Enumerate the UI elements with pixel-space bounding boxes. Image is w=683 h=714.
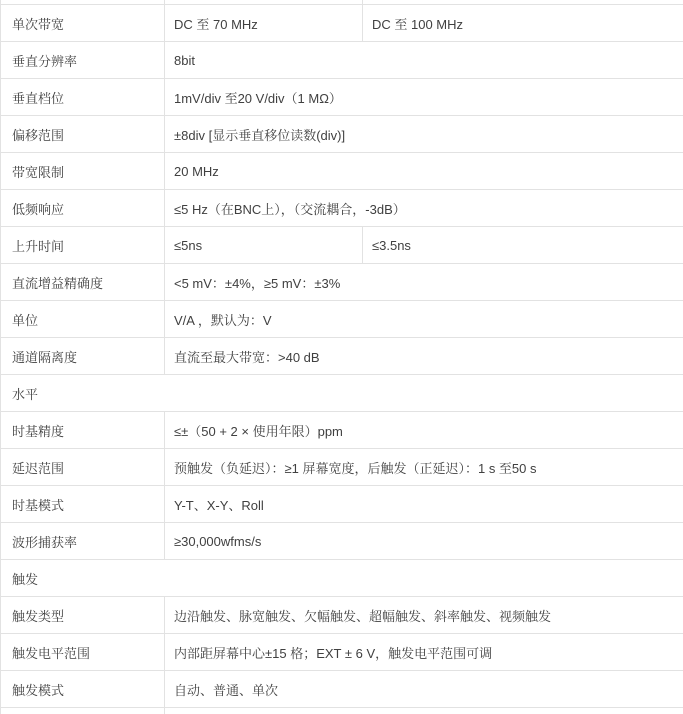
spec-label: 单位 [0, 301, 165, 337]
spec-label: 单次带宽 [0, 5, 165, 41]
spec-label: 带宽限制 [0, 153, 165, 189]
table-row: 波形捕获率 ≥30,000wfms/s [0, 523, 683, 560]
spec-label: 触发模式 [0, 671, 165, 707]
table-row: 触发模式 自动、普通、单次 [0, 671, 683, 708]
spec-label: 延迟范围 [0, 449, 165, 485]
table-row: 延迟范围 预触发（负延迟）：≥1 屏幕宽度，后触发（正延迟）：1 s 至50 s [0, 449, 683, 486]
spec-value: 1mV/div 至20 V/div（1 MΩ） [165, 79, 683, 115]
spec-value-col2 [363, 0, 683, 4]
spec-value-col1: ≤5ns [165, 227, 363, 263]
spec-value: 内部距屏幕中心±15 格；EXT ± 6 V，触发电平范围可调 [165, 634, 683, 670]
spec-value: 直流至最大带宽：>40 dB [165, 338, 683, 374]
section-header: 触发 [0, 560, 683, 596]
spec-label: 直流增益精确度 [0, 264, 165, 300]
spec-label: 上升时间 [0, 227, 165, 263]
spec-value: <5 mV：±4%，≥5 mV：±3% [165, 264, 683, 300]
table-row: 低频响应 ≤5 Hz（在BNC上），（交流耦合，-3dB） [0, 190, 683, 227]
spec-value-col1: DC 至 70 MHz [165, 5, 363, 41]
table-row: 触发类型 边沿触发、脉宽触发、欠幅触发、超幅触发、斜率触发、视频触发 [0, 597, 683, 634]
spec-value: 8bit [165, 42, 683, 78]
section-header: 水平 [0, 375, 683, 411]
spec-label: 垂直档位 [0, 79, 165, 115]
table-row: 直流增益精确度 <5 mV：±4%，≥5 mV：±3% [0, 264, 683, 301]
table-section-row: 触发 [0, 560, 683, 597]
table-row: 偏移范围 ±8div [显示垂直移位读数(div)] [0, 116, 683, 153]
table-row: 通道隔离度 直流至最大带宽：>40 dB [0, 338, 683, 375]
spec-label [0, 708, 165, 714]
spec-value: V/A ，默认为：V [165, 301, 683, 337]
spec-value-col1 [165, 0, 363, 4]
oscilloscope-spec-table: 单次带宽 DC 至 70 MHz DC 至 100 MHz 垂直分辨率 8bit… [0, 0, 683, 714]
spec-label: 波形捕获率 [0, 523, 165, 559]
spec-value: 边沿触发、脉宽触发、欠幅触发、超幅触发、斜率触发、视频触发 [165, 597, 683, 633]
spec-value: Y-T、X-Y、Roll [165, 486, 683, 522]
spec-value: 预触发（负延迟）：≥1 屏幕宽度，后触发（正延迟）：1 s 至50 s [165, 449, 683, 485]
spec-label: 低频响应 [0, 190, 165, 226]
table-row: 上升时间 ≤5ns ≤3.5ns [0, 227, 683, 264]
table-section-row: 水平 [0, 375, 683, 412]
spec-label: 垂直分辨率 [0, 42, 165, 78]
table-row: 时基精度 ≤±（50 + 2 × 使用年限）ppm [0, 412, 683, 449]
spec-label: 时基模式 [0, 486, 165, 522]
table-row: 单次带宽 DC 至 70 MHz DC 至 100 MHz [0, 5, 683, 42]
table-row-partial-bottom [0, 708, 683, 714]
spec-label: 触发类型 [0, 597, 165, 633]
table-row: 时基模式 Y-T、X-Y、Roll [0, 486, 683, 523]
spec-value: ≤5 Hz（在BNC上），（交流耦合，-3dB） [165, 190, 683, 226]
table-row: 单位 V/A ，默认为：V [0, 301, 683, 338]
table-row: 带宽限制 20 MHz [0, 153, 683, 190]
spec-value [165, 708, 683, 714]
spec-value: 自动、普通、单次 [165, 671, 683, 707]
table-row: 垂直分辨率 8bit [0, 42, 683, 79]
spec-value: ±8div [显示垂直移位读数(div)] [165, 116, 683, 152]
spec-label [0, 0, 165, 4]
spec-value-col2: DC 至 100 MHz [363, 5, 683, 41]
spec-value: 20 MHz [165, 153, 683, 189]
spec-value: ≤±（50 + 2 × 使用年限）ppm [165, 412, 683, 448]
spec-label: 偏移范围 [0, 116, 165, 152]
table-row: 触发电平范围 内部距屏幕中心±15 格；EXT ± 6 V，触发电平范围可调 [0, 634, 683, 671]
table-row: 垂直档位 1mV/div 至20 V/div（1 MΩ） [0, 79, 683, 116]
spec-label: 触发电平范围 [0, 634, 165, 670]
spec-label: 时基精度 [0, 412, 165, 448]
spec-value-col2: ≤3.5ns [363, 227, 683, 263]
spec-value: ≥30,000wfms/s [165, 523, 683, 559]
spec-label: 通道隔离度 [0, 338, 165, 374]
